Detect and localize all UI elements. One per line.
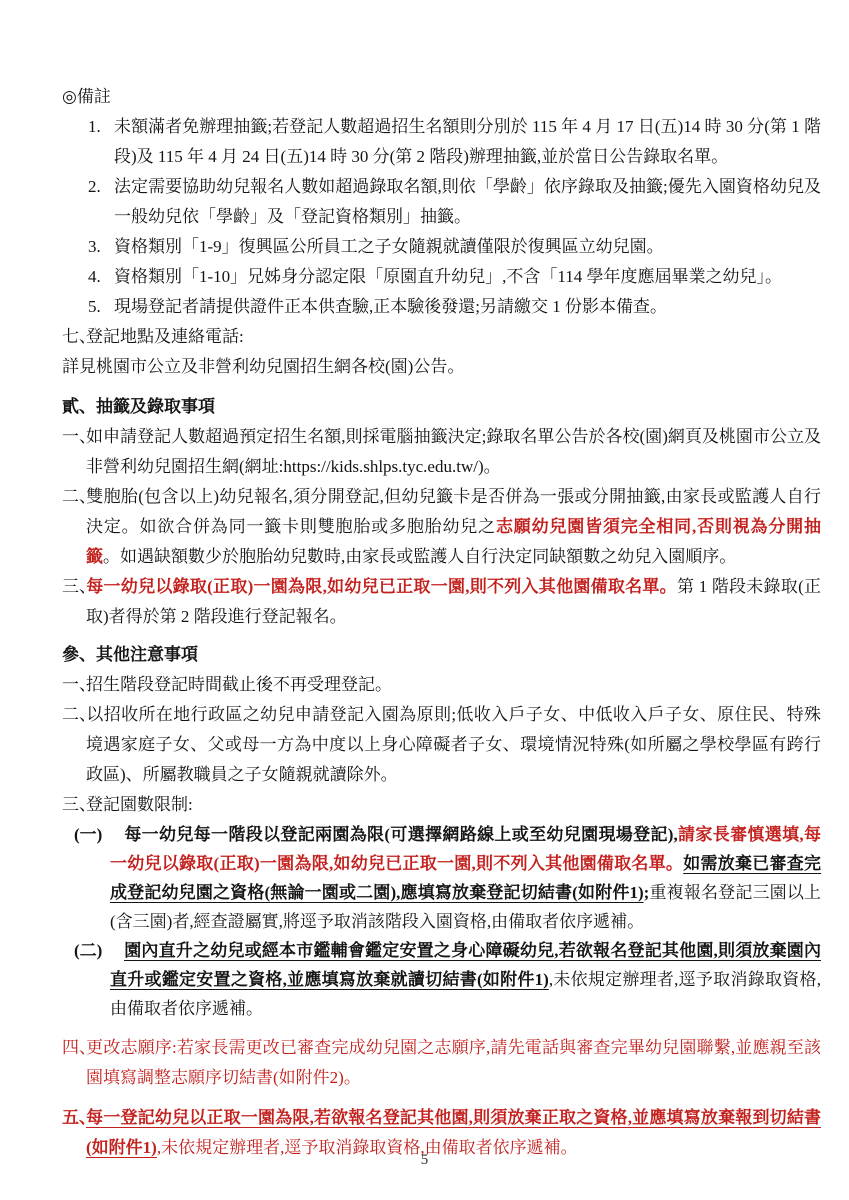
other-item-2: 二、以招收所在地行政區之幼兒申請登記入園為原則;低收入戶子女、中低收入戶子女、原… xyxy=(62,700,821,790)
other-item-5-marker: 五、 xyxy=(62,1103,86,1133)
document-page: ◎備註 1.未額滿者免辦理抽籤;若登記人數超過招生名額則分別於 115 年 4 … xyxy=(0,0,849,1200)
note-item-2-text: 法定需要協助幼兒報名人數如超過錄取名額,則依「學齡」依序錄取及抽籤;優先入園資格… xyxy=(114,177,821,226)
notes-title: ◎備註 xyxy=(62,82,821,112)
lottery-item-2-text-black2: 。如遇缺額數少於胞胎幼兒數時,由家長或監護人自行決定同缺額數之幼兒入園順序。 xyxy=(103,547,736,566)
note-item-4-text: 資格類別「1-10」兄姊身分認定限「原園直升幼兒」,不含「114 學年度應屆畢業… xyxy=(114,267,782,286)
other-item-4-text: 更改志願序:若家長需更改已審查完成幼兒園之志願序,請先電話與審查完畢幼兒園聯繫,… xyxy=(86,1038,821,1087)
other-item-1: 一、招生階段登記時間截止後不再受理登記。 xyxy=(62,670,821,700)
note-item-5-text: 現場登記者請提供證件正本供查驗,正本驗後發還;另請繳交 1 份影本備查。 xyxy=(114,297,667,316)
note-item-4-marker: 4. xyxy=(88,262,114,292)
other-item-3-text: 登記園數限制: xyxy=(86,795,193,814)
lottery-item-1: 一、如申請登記人數超過預定招生名額,則採電腦抽籤決定;錄取名單公告於各校(園)網… xyxy=(62,422,821,482)
section-lottery-heading: 貳、抽籤及錄取事項 xyxy=(62,392,821,422)
location-body: 詳見桃園市公立及非營利幼兒園招生網各校(園)公告。 xyxy=(62,352,821,382)
page-number: 5 xyxy=(0,1152,849,1169)
lottery-item-2-marker: 二、 xyxy=(62,482,86,512)
note-item-1: 1.未額滿者免辦理抽籤;若登記人數超過招生名額則分別於 115 年 4 月 17… xyxy=(88,112,821,172)
lottery-item-1-text: 如申請登記人數超過預定招生名額,則採電腦抽籤決定;錄取名單公告於各校(園)網頁及… xyxy=(86,427,821,476)
lottery-item-3-text-red: 每一幼兒以錄取(正取)一園為限,如幼兒已正取一園,則不列入其他園備取名單。 xyxy=(86,577,677,596)
other-item-3-sub-2-marker: (二) xyxy=(74,936,124,965)
location-heading: 七、登記地點及連絡電話: xyxy=(62,322,821,352)
other-item-3-sub-2: (二)園內直升之幼兒或經本市鑑輔會鑑定安置之身心障礙幼兒,若欲報名登記其他園,則… xyxy=(74,936,821,1023)
lottery-item-2: 二、雙胞胎(包含以上)幼兒報名,須分開登記,但幼兒籤卡是否併為一張或分開抽籤,由… xyxy=(62,482,821,572)
note-item-3: 3.資格類別「1-9」復興區公所員工之子女隨親就讀僅限於復興區立幼兒園。 xyxy=(88,232,821,262)
note-item-4: 4.資格類別「1-10」兄姊身分認定限「原園直升幼兒」,不含「114 學年度應屆… xyxy=(88,262,821,292)
other-item-3-sub-1: (一)每一幼兒每一階段以登記兩園為限(可選擇網路線上或至幼兒園現場登記),請家長… xyxy=(74,820,821,936)
lottery-item-3: 三、每一幼兒以錄取(正取)一園為限,如幼兒已正取一園,則不列入其他園備取名單。第… xyxy=(62,572,821,632)
note-item-5-marker: 5. xyxy=(88,292,114,322)
other-item-3: 三、登記園數限制: xyxy=(62,790,821,820)
other-item-1-marker: 一、 xyxy=(62,670,86,700)
other-item-1-text: 招生階段登記時間截止後不再受理登記。 xyxy=(86,675,392,694)
note-item-1-text: 未額滿者免辦理抽籤;若登記人數超過招生名額則分別於 115 年 4 月 17 日… xyxy=(114,117,821,166)
other-item-3-marker: 三、 xyxy=(62,790,86,820)
location-title: 登記地點及連絡電話: xyxy=(86,327,244,346)
other-item-4: 四、更改志願序:若家長需更改已審查完成幼兒園之志願序,請先電話與審查完畢幼兒園聯… xyxy=(62,1033,821,1093)
note-item-1-marker: 1. xyxy=(88,112,114,142)
other-item-3-sub-1-marker: (一) xyxy=(74,820,124,849)
note-item-5: 5.現場登記者請提供證件正本供查驗,正本驗後發還;另請繳交 1 份影本備查。 xyxy=(88,292,821,322)
note-item-2: 2.法定需要協助幼兒報名人數如超過錄取名額,則依「學齡」依序錄取及抽籤;優先入園… xyxy=(88,172,821,232)
section-other-heading: 參、其他注意事項 xyxy=(62,640,821,670)
sub1-text-black1: 每一幼兒每一階段以登記兩園為限(可選擇網路線上或至幼兒園現場登記), xyxy=(124,825,678,844)
other-item-2-marker: 二、 xyxy=(62,700,86,730)
note-item-3-marker: 3. xyxy=(88,232,114,262)
note-item-2-marker: 2. xyxy=(88,172,114,202)
lottery-item-3-marker: 三、 xyxy=(62,572,86,602)
notes-list: 1.未額滿者免辦理抽籤;若登記人數超過招生名額則分別於 115 年 4 月 17… xyxy=(88,112,821,322)
other-item-4-marker: 四、 xyxy=(62,1033,86,1063)
location-marker: 七、 xyxy=(62,322,86,352)
document-body: ◎備註 1.未額滿者免辦理抽籤;若登記人數超過招生名額則分別於 115 年 4 … xyxy=(62,82,821,1163)
lottery-item-1-marker: 一、 xyxy=(62,422,86,452)
other-item-2-text: 以招收所在地行政區之幼兒申請登記入園為原則;低收入戶子女、中低收入戶子女、原住民… xyxy=(86,705,821,784)
note-item-3-text: 資格類別「1-9」復興區公所員工之子女隨親就讀僅限於復興區立幼兒園。 xyxy=(114,237,664,256)
